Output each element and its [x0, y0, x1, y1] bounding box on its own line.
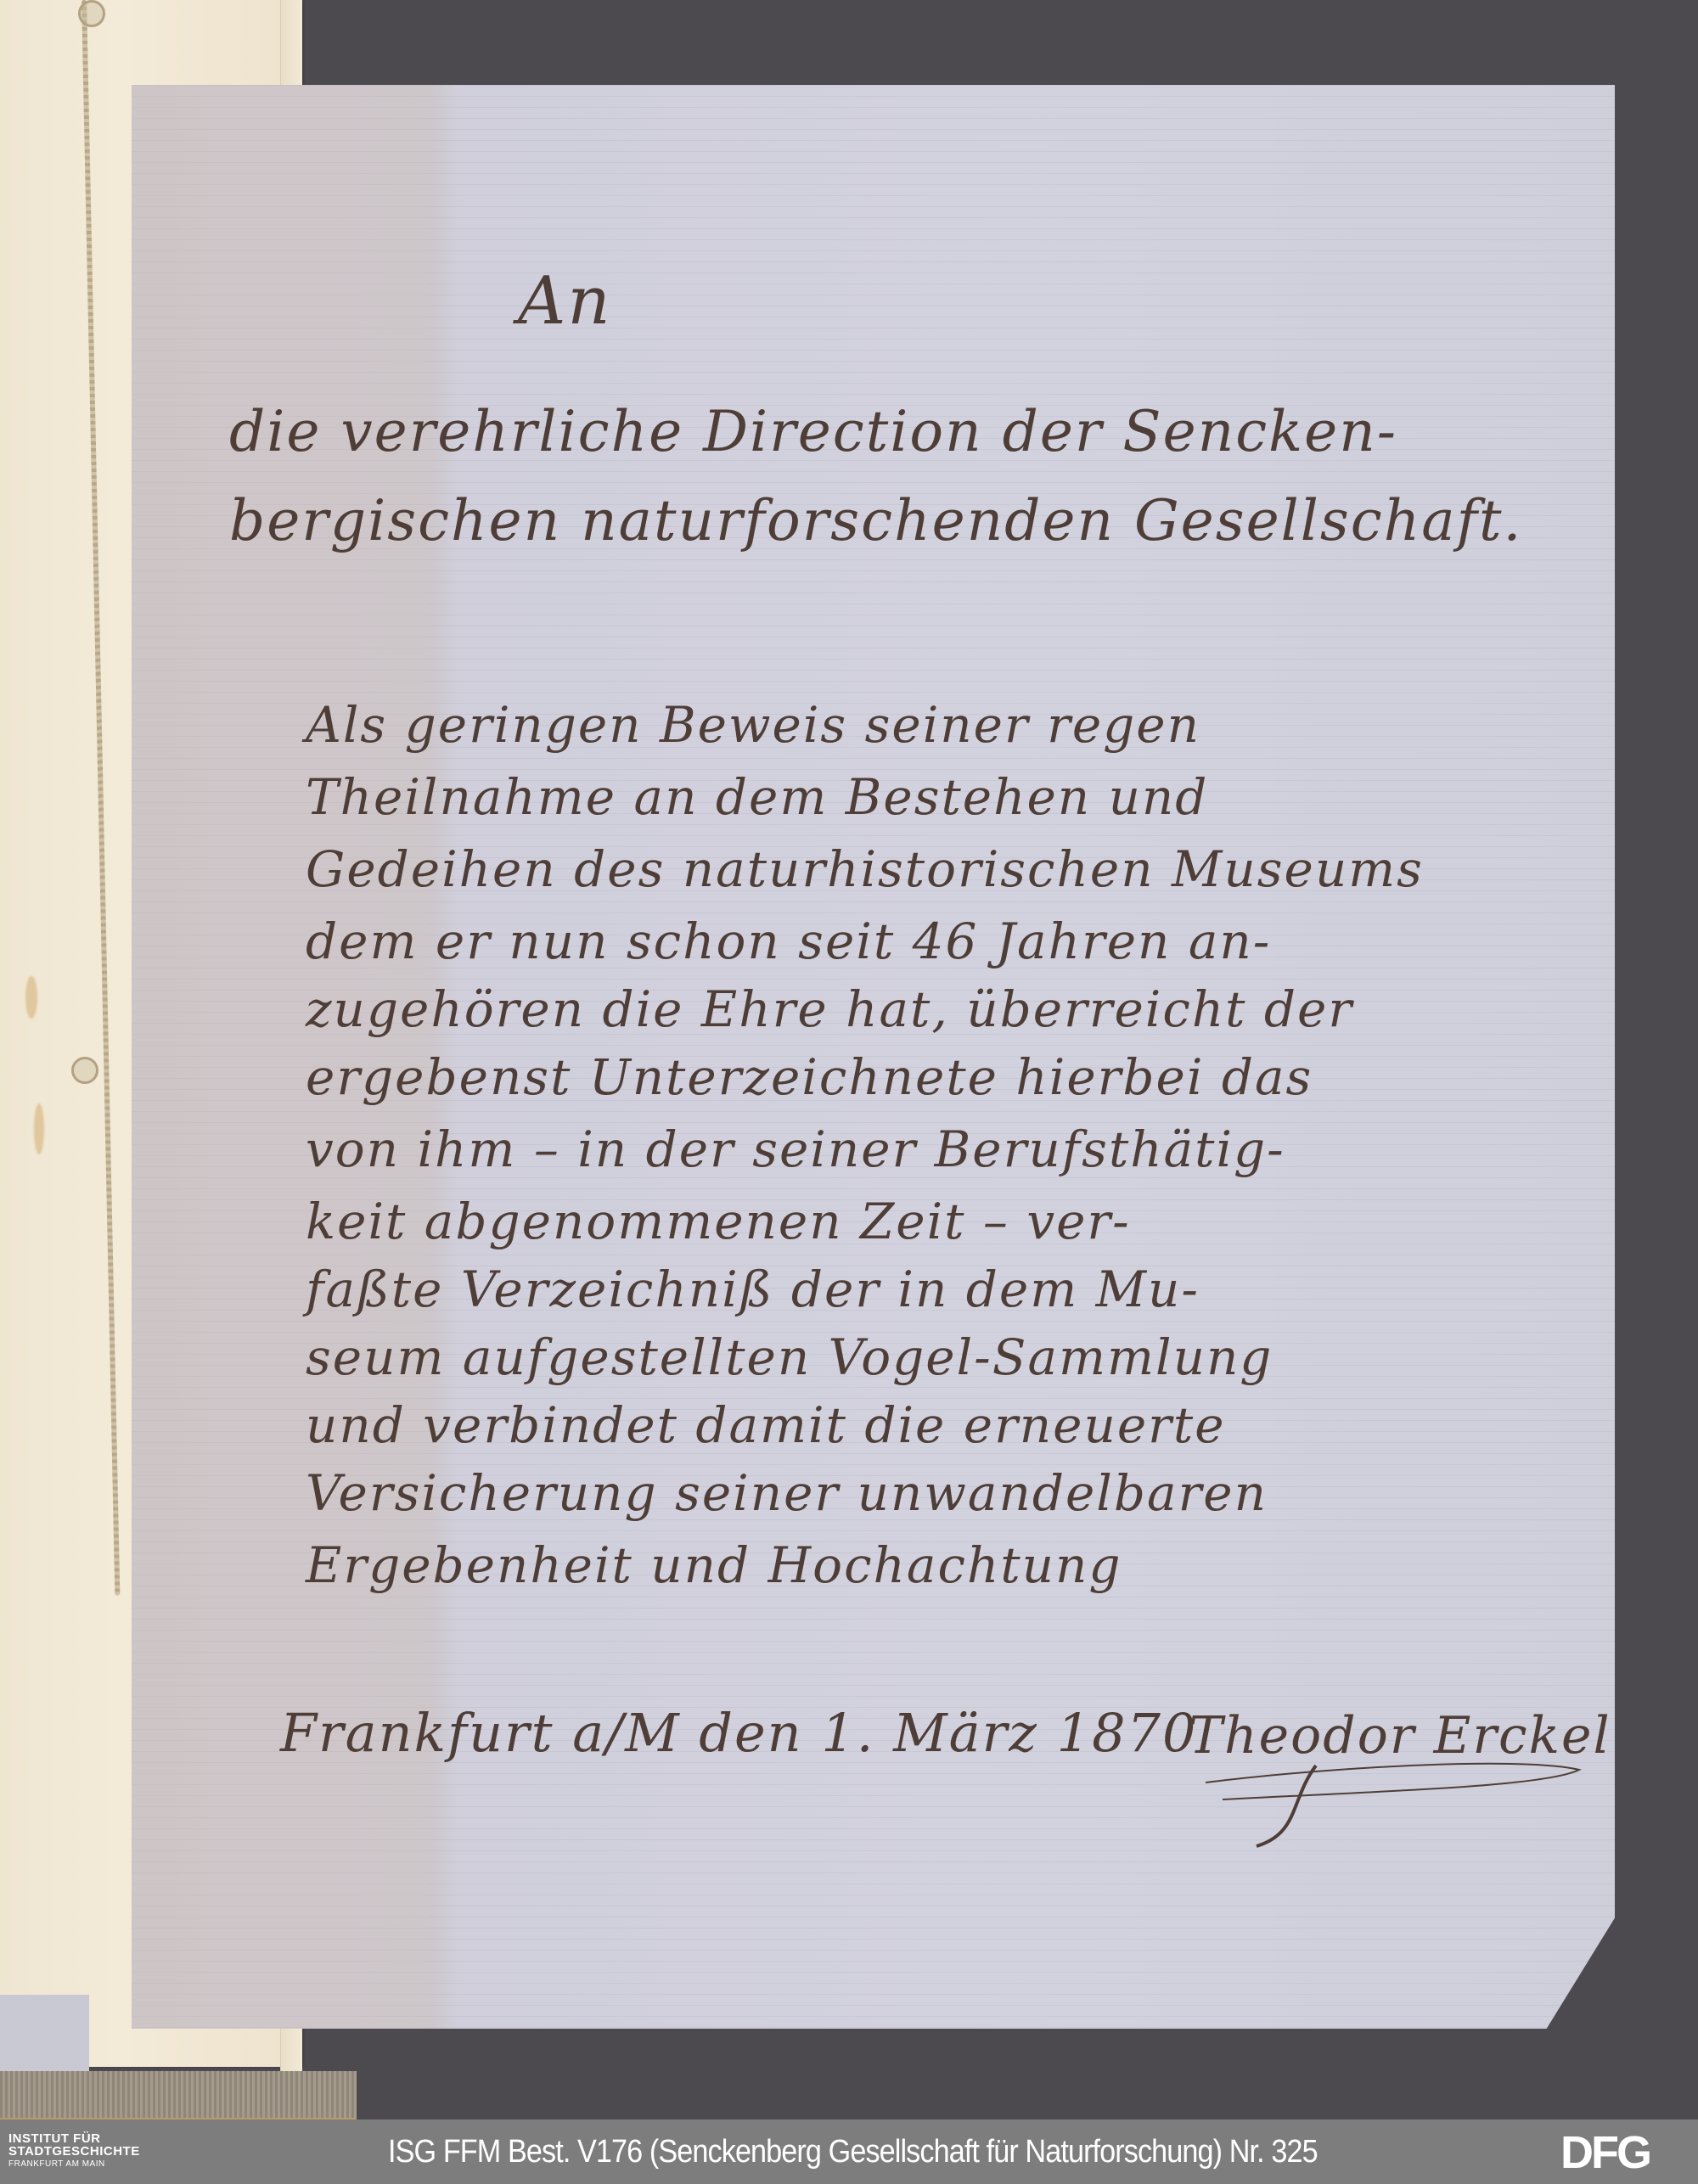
string-knot	[78, 0, 105, 27]
salutation: An	[518, 263, 612, 340]
signature-flourish	[1172, 1749, 1596, 1850]
body-line: dem er nun schon seit 46 Jahren an-	[306, 912, 1271, 970]
body-line: Ergebenheit und Hochachtung	[306, 1536, 1122, 1594]
body-line: ergebenst Unterzeichnete hierbei das	[306, 1048, 1313, 1106]
addressee-line: bergischen naturforschenden Gesellschaft…	[229, 488, 1523, 553]
dfg-logo: DFG	[1560, 2130, 1650, 2176]
archive-caption: ISG FFM Best. V176 (Senckenberg Gesellsc…	[388, 2134, 1318, 2170]
binding-string	[82, 0, 120, 1596]
institute-location: FRANKFURT AM MAIN	[8, 2160, 140, 2169]
body-line: Theilnahme an dem Bestehen und	[306, 768, 1208, 826]
institute-name-line1: INSTITUT FÜR	[8, 2132, 140, 2145]
body-line: keit abgenommenen Zeit – ver-	[306, 1193, 1131, 1250]
institute-name-line2: STADTGESCHICHTE	[8, 2145, 140, 2158]
body-line: von ihm – in der seiner Berufsthätig-	[306, 1120, 1285, 1178]
body-line: zugehören die Ehre hat, überreicht der	[306, 980, 1353, 1038]
body-line: und verbindet damit die erneuerte	[306, 1396, 1226, 1454]
stain	[34, 1103, 44, 1154]
addressee-line: die verehrliche Direction der Sencken-	[229, 399, 1397, 464]
footer-bar: INSTITUT FÜR STADTGESCHICHTE FRANKFURT A…	[0, 2119, 1698, 2184]
body-line: faßte Verzeichniß der in dem Mu-	[306, 1260, 1200, 1318]
body-line: Gedeihen des naturhistorischen Museums	[306, 840, 1424, 898]
body-line: Versicherung seiner unwandelbaren	[306, 1464, 1268, 1522]
institute-logo: INSTITUT FÜR STADTGESCHICHTE FRANKFURT A…	[8, 2132, 140, 2169]
place-and-date: Frankfurt a/M den 1. März 1870	[280, 1702, 1197, 1764]
tattered-binding	[0, 2071, 357, 2126]
string-knot	[71, 1057, 98, 1084]
stain	[25, 976, 37, 1019]
body-line: Als geringen Beweis seiner regen	[306, 696, 1200, 754]
body-line: seum aufgestellten Vogel-Sammlung	[306, 1328, 1273, 1386]
